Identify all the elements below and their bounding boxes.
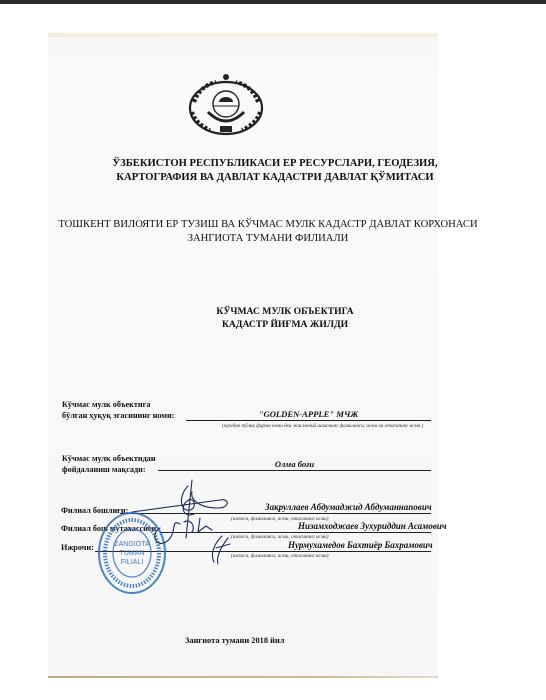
signatory-label-executor: Ижрочи:	[61, 542, 94, 553]
purpose-label-line-2: фойдаланиш мақсади:	[62, 464, 156, 475]
document-footer: Зангиота тумани 2018 йил	[185, 636, 285, 645]
owner-label-line-2: бўлган ҳуқуқ эгасининг номи:	[62, 410, 174, 421]
owner-underline	[186, 420, 431, 421]
committee-heading-line-2: КАРТОГРАФИЯ ВА ДАВЛАТ КАДАСТРИ ДАВЛАТ ҚЎ…	[80, 171, 470, 185]
branch-heading-line-1: ТОШКЕНТ ВИЛОЯТИ ЕР ТУЗИШ ВА КЎЧМАС МУЛК …	[48, 218, 488, 232]
owner-label-line-1: Кўчмас мулк объектига	[62, 399, 174, 410]
purpose-value: Олма боғи	[158, 459, 431, 469]
document-title: КЎЧМАС МУЛК ОБЪЕКТИГА КАДАСТР ЙИҒМА ЖИЛД…	[150, 305, 420, 331]
signatory-name-head: Закруллаев Абдумаджид Абдуманнапович	[265, 502, 432, 512]
owner-value: "GOLDEN-APPLE" МЧЖ	[186, 409, 431, 419]
owner-label: Кўчмас мулк объектига бўлган ҳуқуқ эгаси…	[62, 399, 174, 421]
purpose-label: Кўчмас мулк объектидан фойдаланиш мақсад…	[62, 453, 156, 475]
handwritten-signature-icon	[130, 478, 250, 568]
signatory-name-specialist: Низамходжаев Зухуриддин Асамович	[298, 521, 447, 531]
viewer-top-bar	[0, 0, 546, 4]
branch-heading: ТОШКЕНТ ВИЛОЯТИ ЕР ТУЗИШ ВА КЎЧМАС МУЛК …	[48, 218, 488, 246]
branch-heading-line-2: ЗАНГИОТА ТУМАНИ ФИЛИАЛИ	[48, 232, 488, 246]
signatory-name-executor: Нурмухамедов Бахтиёр Бахрамович	[288, 540, 433, 550]
purpose-label-line-1: Кўчмас мулк объектидан	[62, 453, 156, 464]
owner-hint: (юридик тўлиқ фирма номи ёки жисмоний ша…	[222, 423, 423, 429]
committee-heading: ЎЗБЕКИСТОН РЕСПУБЛИКАСИ ЕР РЕСУРСЛАРИ, Г…	[80, 157, 470, 185]
committee-heading-line-1: ЎЗБЕКИСТОН РЕСПУБЛИКАСИ ЕР РЕСУРСЛАРИ, Г…	[80, 157, 470, 171]
document-title-line-2: КАДАСТР ЙИҒМА ЖИЛДИ	[150, 318, 420, 331]
state-emblem-icon	[186, 72, 266, 136]
purpose-underline	[158, 470, 431, 471]
document-title-line-1: КЎЧМАС МУЛК ОБЪЕКТИГА	[150, 305, 420, 318]
